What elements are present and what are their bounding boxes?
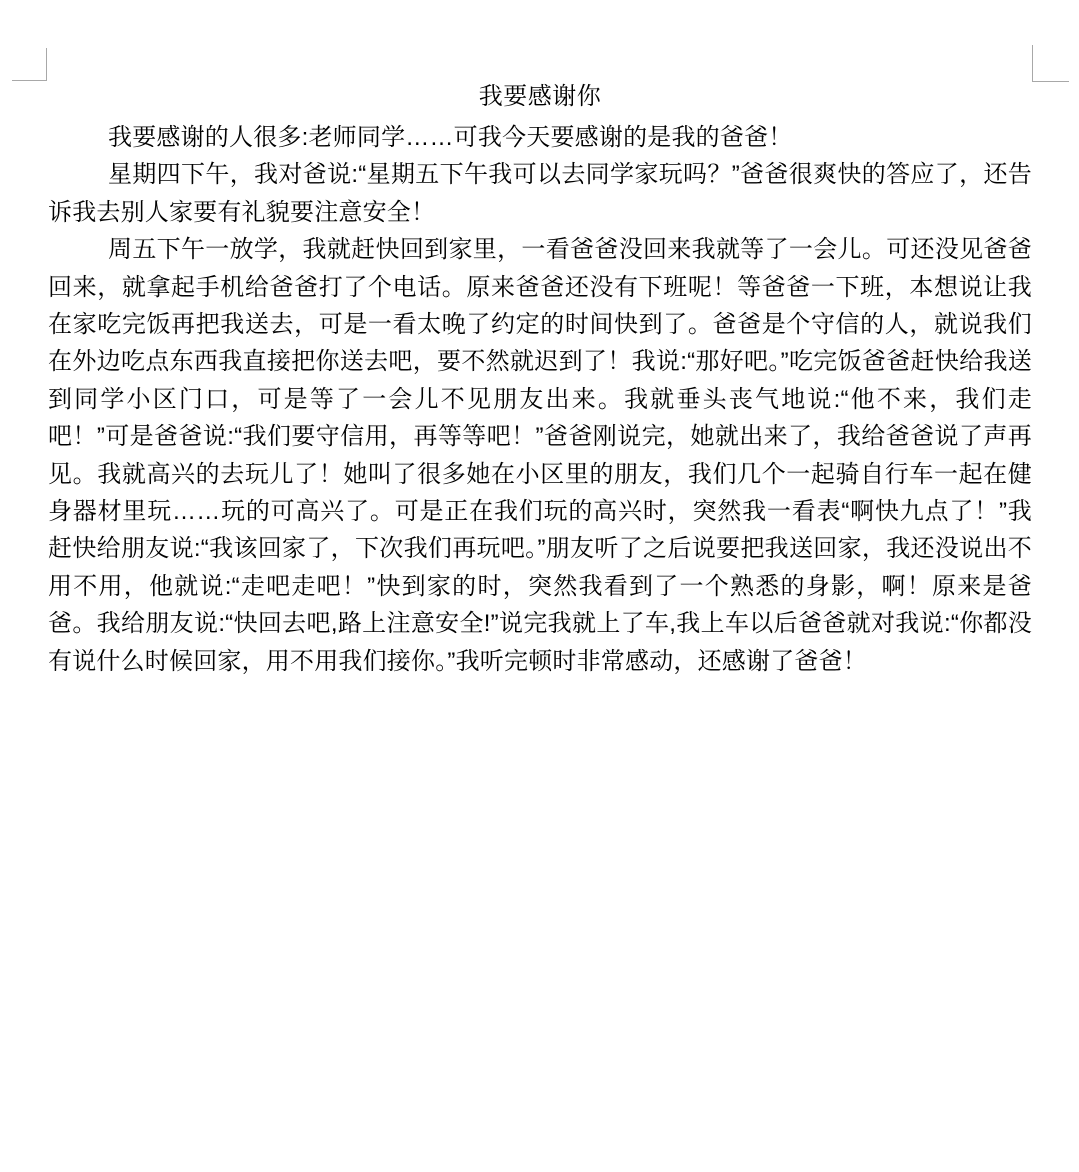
essay-paragraph-2: 星期四下午，我对爸说:“星期五下午我可以去同学家玩吗？”爸爸很爽快的答应了，还告… <box>48 156 1032 231</box>
margin-crop-mark-top-left-icon <box>12 48 47 81</box>
essay-paragraph-3: 周五下午一放学，我就赶快回到家里，一看爸爸没回来我就等了一会儿。可还没见爸爸回来… <box>48 231 1032 680</box>
essay-paragraph-1: 我要感谢的人很多:老师同学……可我今天要感谢的是我的爸爸！ <box>48 119 1032 156</box>
document-text-area: 我要感谢你 我要感谢的人很多:老师同学……可我今天要感谢的是我的爸爸！ 星期四下… <box>48 78 1032 680</box>
document-page: 我要感谢你 我要感谢的人很多:老师同学……可我今天要感谢的是我的爸爸！ 星期四下… <box>0 0 1079 1172</box>
margin-crop-mark-top-right-icon <box>1032 45 1069 82</box>
essay-title: 我要感谢你 <box>48 78 1032 116</box>
